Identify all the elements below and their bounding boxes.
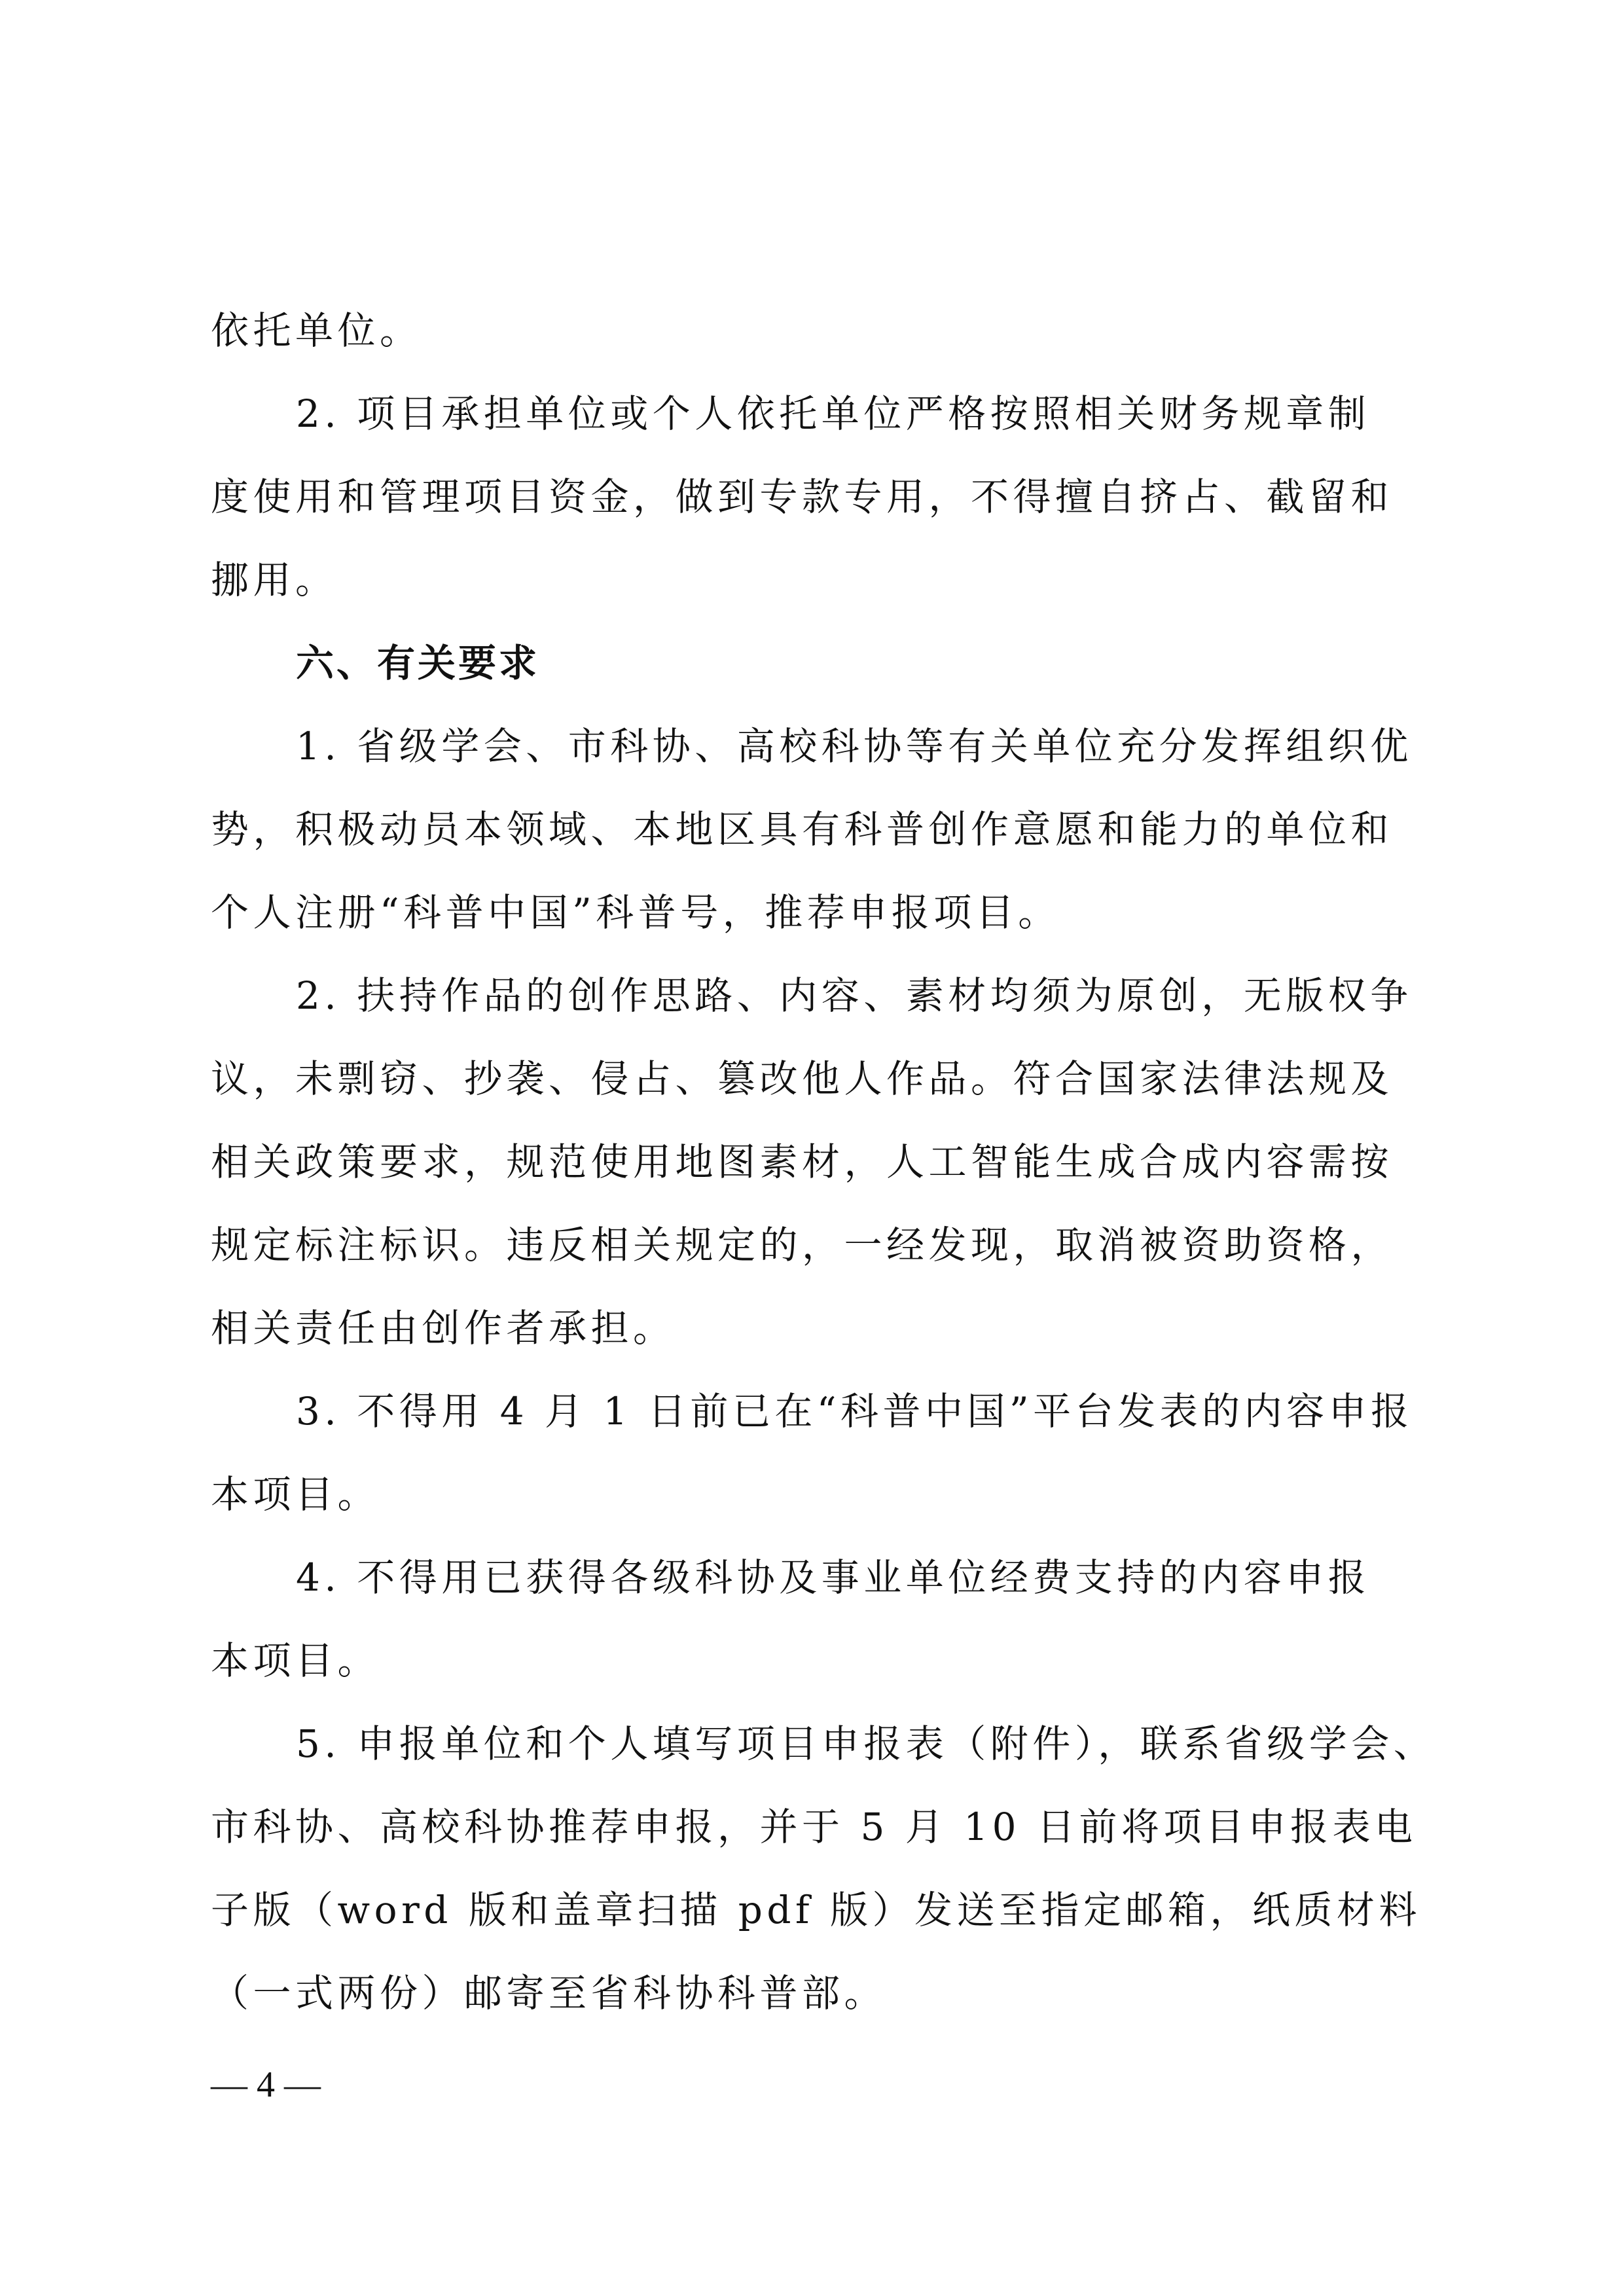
page-number: — 4 — xyxy=(211,2062,321,2108)
text-line: 规定标注标识。违反相关规定的，一经发现，取消被资助资格， xyxy=(211,1216,1422,1274)
text-line: 市科协、高校科协推荐申报，并于 5 月 10 日前将项目申报表电 xyxy=(211,1797,1422,1856)
text-line: 本项目。 xyxy=(211,1631,1422,1690)
text-line: 度使用和管理项目资金，做到专款专用，不得擅自挤占、截留和 xyxy=(211,467,1422,526)
text-line: 子版（word 版和盖章扫描 pdf 版）发送至指定邮箱，纸质材料 xyxy=(211,1881,1422,1939)
text-line: 相关政策要求，规范使用地图素材，人工智能生成合成内容需按 xyxy=(211,1132,1422,1191)
text-line: 1. 省级学会、市科协、高校科协等有关单位充分发挥组织优 xyxy=(296,717,1422,776)
text-line: 4. 不得用已获得各级科协及事业单位经费支持的内容申报 xyxy=(296,1548,1422,1607)
text-line: 挪用。 xyxy=(211,550,1422,609)
text-line: 3. 不得用 4 月 1 日前已在“科普中国”平台发表的内容申报 xyxy=(296,1382,1422,1441)
text-line: 2. 项目承担单位或个人依托单位严格按照相关财务规章制 xyxy=(296,384,1422,443)
text-line: 本项目。 xyxy=(211,1465,1422,1524)
text-line: 2. 扶持作品的创作思路、内容、素材均须为原创，无版权争 xyxy=(296,966,1422,1025)
text-line: 个人注册“科普中国”科普号，推荐申报项目。 xyxy=(211,883,1422,942)
text-line: 相关责任由创作者承担。 xyxy=(211,1299,1422,1358)
text-line: 势，积极动员本领域、本地区具有科普创作意愿和能力的单位和 xyxy=(211,800,1422,859)
text-line: （一式两份）邮寄至省科协科普部。 xyxy=(211,1964,1422,2023)
text-line: 议，未剽窃、抄袭、侵占、篡改他人作品。符合国家法律法规及 xyxy=(211,1049,1422,1108)
text-line: 依托单位。 xyxy=(211,301,1422,360)
document-page: 依托单位。 2. 项目承担单位或个人依托单位严格按照相关财务规章制 度使用和管理… xyxy=(0,0,1624,2289)
text-line: 5. 申报单位和个人填写项目申报表（附件），联系省级学会、 xyxy=(296,1714,1422,1773)
section-heading: 六、有关要求 xyxy=(296,634,1422,693)
